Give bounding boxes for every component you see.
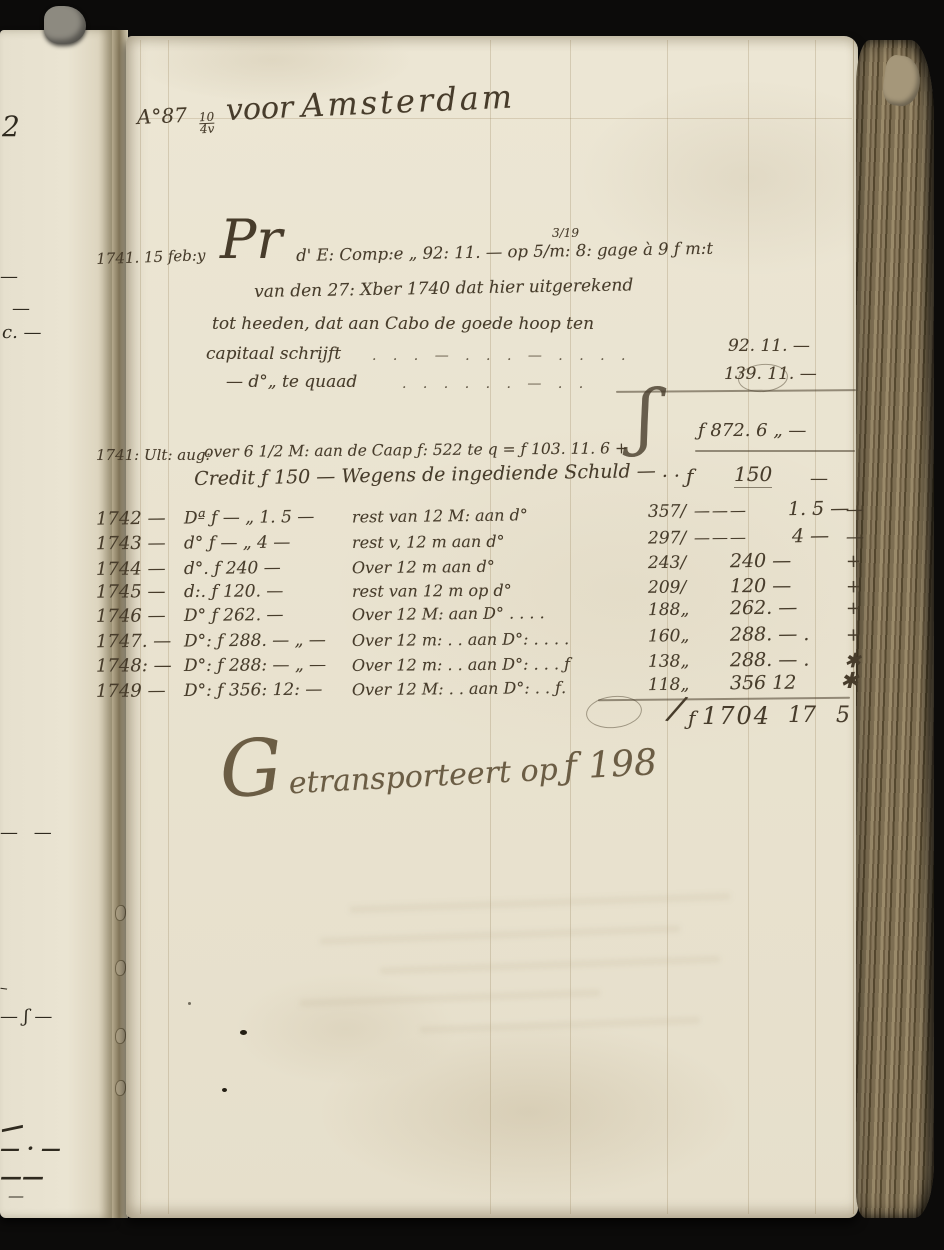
row-description: rest van 12 m op d° (352, 581, 512, 601)
total-florin: ƒ (688, 706, 695, 730)
ink-speck (188, 1002, 191, 1005)
fragment-text: — (0, 266, 18, 287)
binding-tie-knot (44, 6, 86, 44)
carry-amount: ƒ 872. 6 „ — (698, 420, 806, 441)
total-guilders: 1704 (702, 702, 771, 730)
fragment-text: — (8, 1186, 24, 1205)
florin-sign: ƒ (686, 464, 693, 488)
row-description: Over 12 M: . . aan D°: . . ƒ. (352, 678, 566, 699)
row-description: Over 12 m aan d° (352, 557, 495, 577)
binding-stitch (115, 1028, 126, 1044)
row-amount: 4 — (792, 525, 829, 547)
row-year: 1746 — (96, 605, 166, 627)
row-amount: 288. — . (730, 623, 810, 646)
row-dito: D° ƒ 262. — (184, 605, 284, 626)
entry-line-label: — d°„ te quaad (226, 372, 357, 392)
row-mark: — (846, 527, 864, 548)
binding-stitch (115, 905, 126, 921)
row-year: 1743 — (96, 533, 166, 555)
row-year: 1742 — (96, 508, 166, 530)
credit-dash: — (810, 468, 828, 489)
row-year: 1749 — (96, 680, 166, 702)
row-folio-ref: 297/ (648, 528, 686, 548)
amount-value: 92. 11. — (728, 336, 810, 356)
row-year: 1747. — (96, 631, 171, 653)
row-dito: D°: ƒ 288. — „ — (184, 630, 326, 651)
row-year: 1744 — (96, 558, 166, 580)
fragment-text: — · — (0, 1136, 61, 1160)
fragment-text: — (12, 298, 30, 319)
transport-initial: G (218, 733, 284, 806)
row-mark: + (846, 625, 861, 646)
row-mark: + (846, 576, 861, 597)
row-dito: d° ƒ — „ 4 — (184, 533, 290, 554)
row-dito: D°: ƒ 288: — „ — (184, 655, 326, 676)
row-mark: — (846, 499, 864, 520)
heading-anno: A°87 (136, 103, 187, 129)
heading-place: Amsterdam (300, 77, 515, 124)
row-folio-ref: 243/ (648, 553, 686, 573)
fraction-denominator: 4v (200, 123, 215, 136)
row-folio-ref: 209/ (648, 578, 686, 598)
fragment-text: — ʃ — (0, 1006, 52, 1027)
row-amount: 356 12 (730, 672, 797, 695)
manuscript-scan: A°87 10 4v voor Amsterdam 1741. 15 feb:y… (0, 0, 944, 1250)
row-mark: + (846, 598, 861, 619)
row-description: Over 12 M: aan D° . . . . (352, 603, 545, 624)
row-amount: 288. — . (730, 649, 810, 672)
fragment-text: — — (0, 822, 57, 843)
credit-amount: 150 (734, 462, 772, 488)
fragment-text: 2 (2, 110, 20, 143)
row-amount: 240 — (730, 550, 792, 573)
row-amount: 1. 5 — (788, 497, 850, 520)
dot-leader: . . . — . . . — . . . . (372, 348, 631, 364)
row-dito: d°. ƒ 240 — (184, 558, 281, 579)
row-mark: ✱ (840, 669, 859, 694)
row-dash: ——— (694, 528, 748, 547)
row-dito: d:. ƒ 120. — (184, 581, 284, 602)
entry-line: tot heeden, dat aan Cabo de goede hoop t… (212, 314, 594, 334)
row-mark: + (846, 551, 861, 572)
fragment-text: c. — (2, 322, 42, 343)
dot-leader: . . . . . . — . . (402, 376, 589, 392)
binding-stitch (115, 960, 126, 976)
transport-amount: ƒ 198 (562, 742, 658, 788)
row-folio-ref: 160„ (648, 626, 689, 646)
row-dash: ——— (694, 501, 748, 521)
row-folio-ref: 188„ (648, 600, 689, 620)
ink-rule (695, 450, 855, 452)
row-description: Over 12 m: . . aan D°: . . . . (352, 629, 569, 650)
row-description: Over 12 m: . . aan D°: . . . ƒ (352, 654, 570, 675)
row-year: 1748: — (96, 655, 172, 677)
ink-speck (222, 1088, 227, 1092)
row-dito: Dª ƒ — „ 1. 5 — (184, 507, 315, 529)
entry-line: over 6 1/2 M: aan de Caap ƒ: 522 te q = … (204, 439, 628, 461)
marginal-annotation: 3/19 (552, 226, 579, 240)
row-amount: 120 — (730, 575, 791, 597)
row-year: 1745 — (96, 581, 166, 602)
entry-date: 1741. 15 feb:y (96, 246, 206, 268)
row-dito: D°: ƒ 356: 12: — (184, 680, 323, 701)
total-stuivers: 17 (788, 703, 816, 728)
heading-fraction: 10 4v (199, 112, 215, 136)
binding-stitch (115, 1080, 126, 1096)
entry-line-label: capitaal schrijft (206, 344, 341, 364)
entry-date: 1741: Ult: aug: (96, 446, 211, 464)
row-description: rest van 12 M: aan d° (352, 505, 528, 526)
row-folio-ref: 357/ (648, 501, 686, 521)
row-description: rest v, 12 m aan d° (352, 532, 505, 552)
total-penningen: 5 (836, 703, 850, 728)
ink-speck (240, 1030, 247, 1035)
ink-flourish: ʃ (636, 374, 656, 458)
row-folio-ref: 138„ (648, 651, 689, 671)
entry-initial-flourish: Pr (220, 208, 282, 271)
heading-voor: voor (225, 90, 294, 128)
row-amount: 262. — (730, 597, 798, 620)
